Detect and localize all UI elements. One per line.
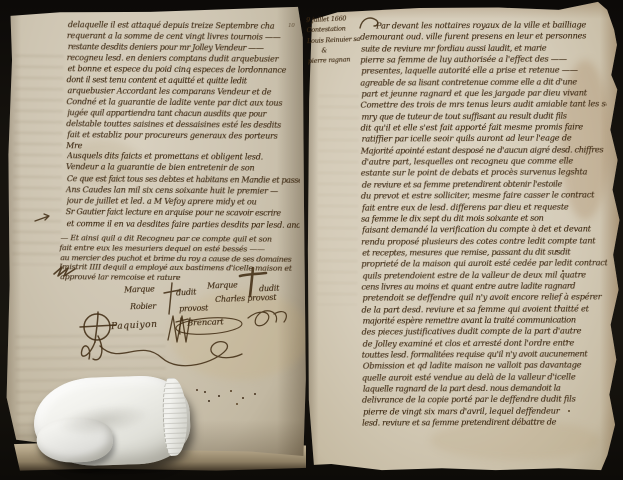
cross-mark-small	[164, 283, 180, 314]
ink-showthrough	[13, 55, 64, 266]
left-paragraph-1: delaquelle il est attaqué depuis treize …	[66, 20, 301, 143]
ink-specks	[196, 389, 198, 391]
folio-number: 10	[288, 23, 295, 29]
ink-showthrough	[317, 95, 359, 305]
left-paragraph-2: Ausquels dits faicts et promettans et ob…	[65, 151, 300, 232]
ink-specks	[556, 250, 558, 252]
page-weight-pouch	[33, 374, 192, 467]
margin-arrow-mark	[34, 213, 52, 223]
left-page-text: delaquelle il est attaqué depuis treize …	[59, 20, 301, 284]
right-page-text: Par devant les nottaires royaux de la vi…	[360, 19, 608, 429]
manuscript-photo: delaquelle il est attaqué depuis treize …	[0, 0, 623, 480]
margin-note: 9 juillet 1660 Contestation Louis Reinui…	[306, 14, 362, 68]
manuscript-line: et comme il en va desdites faire parties…	[66, 219, 299, 232]
ink-scribble	[52, 264, 78, 278]
manuscript-line: lesd. reviure et sa femme pretendirent d…	[362, 416, 608, 429]
signature-flourishes	[76, 266, 292, 370]
cross-mark-large	[240, 268, 266, 296]
pouch-stitched-seam	[162, 377, 189, 456]
